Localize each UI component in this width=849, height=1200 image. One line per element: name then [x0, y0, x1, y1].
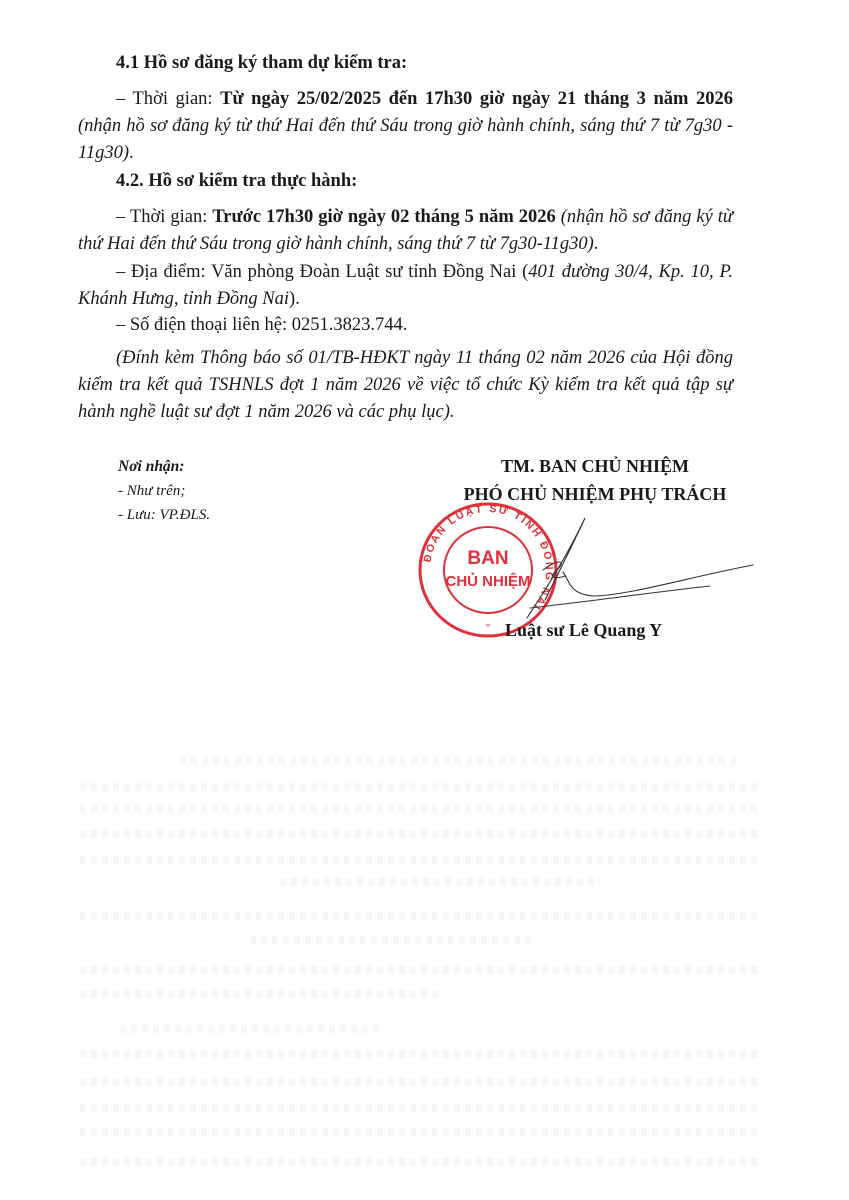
section-4-2-phone: – Số điện thoại liên hệ: 0251.3823.744. [78, 312, 733, 339]
bleed-through-line [80, 1104, 760, 1112]
bleed-through-line [80, 1050, 760, 1058]
svg-text:CHỦ NHIỆM: CHỦ NHIỆM [446, 572, 531, 590]
location-label: – Địa điểm: Văn phòng Đoàn Luật sư tỉnh … [116, 262, 528, 282]
svg-text:*: * [486, 622, 491, 632]
bleed-through-line [180, 757, 740, 765]
bleed-through-line [80, 856, 760, 864]
bleed-through-line [80, 1128, 760, 1136]
recipient-item: - Lưu: VP.ĐLS. [118, 503, 210, 527]
svg-text:BAN: BAN [467, 548, 508, 569]
bleed-through-line [80, 990, 440, 998]
bleed-through-line [80, 966, 760, 974]
bleed-through-line [80, 830, 760, 838]
time-value: Từ ngày 25/02/2025 đến 17h30 giờ ngày 21… [220, 89, 733, 109]
signature-line-1: TM. BAN CHỦ NHIỆM [430, 452, 760, 480]
document-page: 4.1 Hồ sơ đăng ký tham dự kiểm tra: – Th… [0, 0, 849, 1200]
bleed-through-line [80, 805, 760, 813]
section-4-1-time: – Thời gian: Từ ngày 25/02/2025 đến 17h3… [78, 86, 733, 167]
section-4-2-heading: 4.2. Hồ sơ kiểm tra thực hành: [78, 168, 733, 195]
punctuation: . [594, 234, 599, 254]
bleed-through-line [120, 1025, 380, 1033]
punctuation: ). [289, 289, 300, 309]
bleed-through-line [80, 1078, 760, 1086]
attachment-note: (Đính kèm Thông báo số 01/TB-HĐKT ngày 1… [78, 345, 733, 426]
bleed-through-line [80, 783, 760, 791]
time-value: Trước 17h30 giờ ngày 02 tháng 5 năm 2026 [212, 207, 555, 227]
signer-name: Luật sư Lê Quang Y [505, 620, 662, 641]
bleed-through-line [250, 936, 530, 944]
section-4-1-heading: 4.1 Hồ sơ đăng ký tham dự kiểm tra: [78, 50, 733, 77]
time-note: (nhận hồ sơ đăng ký từ thứ Hai đến thứ S… [78, 116, 733, 163]
recipient-item: - Như trên; [118, 479, 210, 503]
bleed-through-line [80, 1158, 760, 1166]
punctuation: . [129, 143, 134, 163]
bleed-through-line [280, 878, 600, 886]
handwritten-signature-icon [525, 510, 755, 620]
time-label: – Thời gian: [116, 207, 212, 227]
time-label: – Thời gian: [116, 89, 220, 109]
recipients-list: Nơi nhận: - Như trên; - Lưu: VP.ĐLS. [118, 455, 210, 527]
recipients-title: Nơi nhận: [118, 455, 210, 479]
section-4-2-location: – Địa điểm: Văn phòng Đoàn Luật sư tỉnh … [78, 259, 733, 313]
section-4-2-time: – Thời gian: Trước 17h30 giờ ngày 02 thá… [78, 204, 733, 258]
bleed-through-line [80, 912, 760, 920]
